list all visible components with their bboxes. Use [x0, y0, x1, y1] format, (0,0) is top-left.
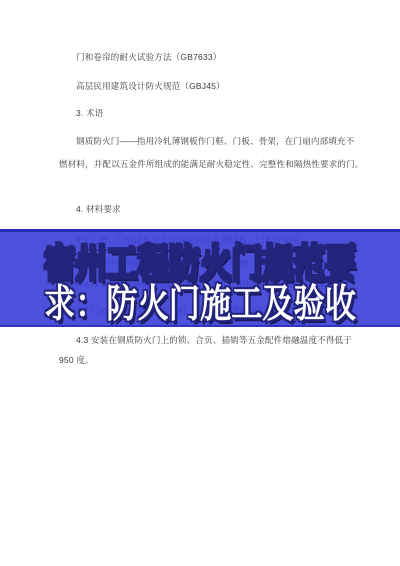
- banner-title-line1: 宿州工程防火门规范要: [44, 245, 356, 285]
- banner-title: 宿州工程防火门规范要 求：防火门施工及验收: [0, 245, 400, 325]
- doc-line: 燃材料，并配以五金件所组成的能满足耐火稳定性、完整性和隔热性要求的门。: [59, 158, 360, 170]
- doc-line: 3. 术语: [76, 107, 360, 119]
- doc-line: 4. 材料要求: [76, 203, 360, 215]
- page: 门和卷帘的耐火试验方法（GB7633） 高层民用建筑设计防火规范（GBJ45） …: [0, 0, 400, 566]
- banner-title-line2: 求：防火门施工及验收: [44, 285, 356, 325]
- doc-line: 4.3 安装在钢质防火门上的锁、合页、插销等五金配件熔融温度不得低于: [76, 334, 360, 346]
- doc-line: 950 度。: [59, 354, 360, 366]
- doc-line: 门和卷帘的耐火试验方法（GB7633）: [76, 51, 360, 63]
- doc-line: 高层民用建筑设计防火规范（GBJ45）: [76, 80, 360, 92]
- doc-line: 钢质防火门——指用冷轧薄钢板作门框、门板、骨架，在门扇内部填充不: [76, 135, 360, 147]
